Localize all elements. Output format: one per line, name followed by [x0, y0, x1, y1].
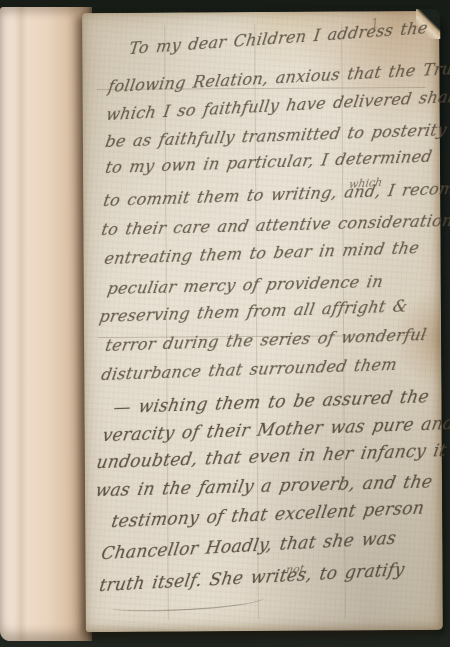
interlinear-insertion: which: [348, 176, 383, 191]
crease-line: [341, 24, 346, 618]
interlinear-insertion: not,: [285, 562, 308, 577]
manuscript-photo: 1 To my dear Children I address the foll…: [0, 0, 450, 647]
book-gutter-page-edge: [0, 7, 92, 641]
